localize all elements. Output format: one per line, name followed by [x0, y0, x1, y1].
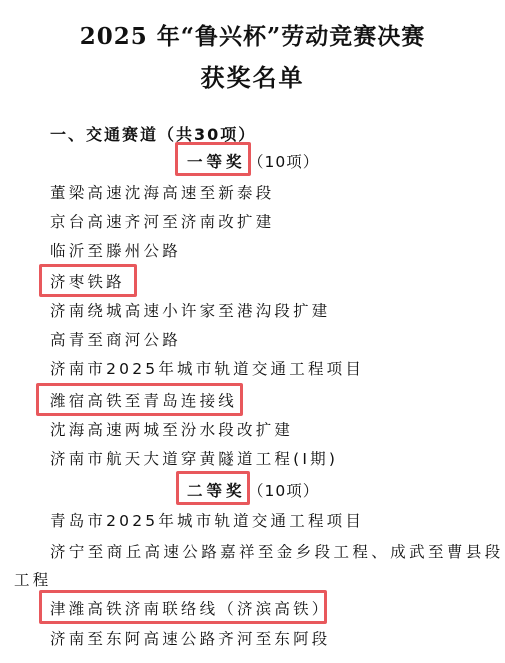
document-title-line2: 获奖名单 — [0, 58, 505, 93]
list-item: 济南市航天大道穿黄隧道工程(Ⅰ期) — [50, 447, 338, 469]
list-item: 济南绕城高速小许家至港沟段扩建 — [50, 299, 331, 321]
list-item: 济宁至商丘高速公路嘉祥至金乡段工程、成武至曹县段 — [50, 540, 504, 562]
list-item-continuation: 工程 — [14, 568, 51, 590]
second-prize-label: 二等奖 — [187, 479, 246, 501]
list-item: 济南至东阿高速公路齐河至东阿段 — [50, 627, 331, 649]
first-prize-label: 一等奖 — [187, 150, 246, 172]
first-prize-count: （10项） — [248, 150, 319, 172]
list-item: 济枣铁路 — [50, 270, 125, 292]
list-item: 高青至商河公路 — [50, 328, 181, 350]
list-item: 潍宿高铁至青岛连接线 — [50, 389, 237, 411]
list-item: 青岛市2025年城市轨道交通工程项目 — [50, 509, 364, 531]
list-item: 济南市2025年城市轨道交通工程项目 — [50, 357, 364, 379]
list-item: 董梁高速沈海高速至新泰段 — [50, 181, 274, 203]
second-prize-count: （10项） — [248, 479, 319, 501]
list-item: 京台高速齐河至济南改扩建 — [50, 210, 274, 232]
list-item: 沈海高速两城至汾水段改扩建 — [50, 418, 293, 440]
list-item: 津潍高铁济南联络线（济滨高铁） — [50, 597, 331, 619]
list-item: 临沂至滕州公路 — [50, 239, 181, 261]
document-title-line1: 2025 年“鲁兴杯”劳动竞赛决赛 — [0, 18, 505, 51]
